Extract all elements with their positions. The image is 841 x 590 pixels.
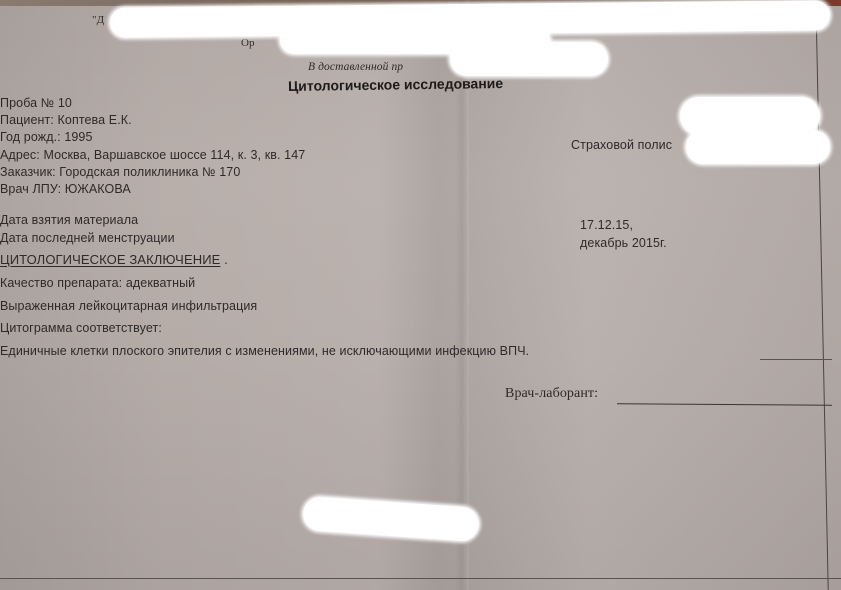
address-value: Москва, Варшавское шоссе 114, к. 3, кв. … (43, 148, 305, 162)
conclusion-heading: ЦИТОЛОГИЧЕСКОЕ ЗАКЛЮЧЕНИЕ . (0, 252, 228, 267)
conclusion-line-cytogram: Цитограмма соответствует: (0, 321, 162, 335)
doctor-label: Врач ЛПУ: (0, 182, 61, 196)
insurance-policy-label: Страховой полис (571, 138, 672, 152)
conclusion-heading-suffix: . (220, 252, 227, 267)
header-fragment-org: Ор (241, 37, 255, 49)
header-fragment-delivered: В доставленной пр (308, 61, 403, 73)
paper-sheet (0, 6, 841, 590)
header-fragment-left: "Д (92, 14, 104, 26)
redaction-header-3 (450, 42, 608, 76)
address-label: Адрес: (0, 148, 40, 162)
address: Адрес: Москва, Варшавское шоссе 114, к. … (0, 148, 305, 162)
conclusion-line-infiltration: Выраженная лейкоцитарная инфильтрация (0, 299, 257, 313)
doctor: Врач ЛПУ: ЮЖАКОВА (0, 182, 131, 196)
customer-value: Городская поликлиника № 170 (59, 165, 240, 179)
doctor-value: ЮЖАКОВА (65, 182, 131, 196)
customer-label: Заказчик: (0, 165, 56, 179)
document-title: Цитологическое исследование (288, 75, 503, 94)
customer: Заказчик: Городская поликлиника № 170 (0, 165, 240, 179)
sample-date-label: Дата взятия материала (0, 213, 138, 227)
sample-number-label: Проба № (0, 96, 54, 110)
birth-year-value: 1995 (64, 130, 92, 144)
form-border-bottom (0, 578, 841, 579)
last-menstruation-label: Дата последней менструации (0, 231, 175, 245)
patient-name-label: Пациент: (0, 113, 54, 127)
sample-date-value: 17.12.15, (580, 218, 633, 232)
conclusion-line-quality: Качество препарата: адекватный (0, 276, 195, 290)
birth-year: Год рожд.: 1995 (0, 130, 93, 144)
birth-year-label: Год рожд.: (0, 130, 61, 144)
sample-number-value: 10 (58, 96, 72, 110)
patient-name: Пациент: Коптева Е.К. (0, 113, 132, 127)
conclusion-heading-text: ЦИТОЛОГИЧЕСКОЕ ЗАКЛЮЧЕНИЕ (0, 252, 220, 267)
conclusion-line-findings: Единичные клетки плоского эпителия с изм… (0, 344, 529, 358)
sample-number: Проба № 10 (0, 96, 72, 110)
redaction-insurance-2 (686, 130, 830, 164)
signature-label: Врач-лаборант: (505, 386, 598, 402)
patient-name-value: Коптева Е.К. (58, 113, 132, 127)
form-border-segment (760, 359, 832, 360)
last-menstruation-value: декабрь 2015г. (580, 236, 667, 250)
